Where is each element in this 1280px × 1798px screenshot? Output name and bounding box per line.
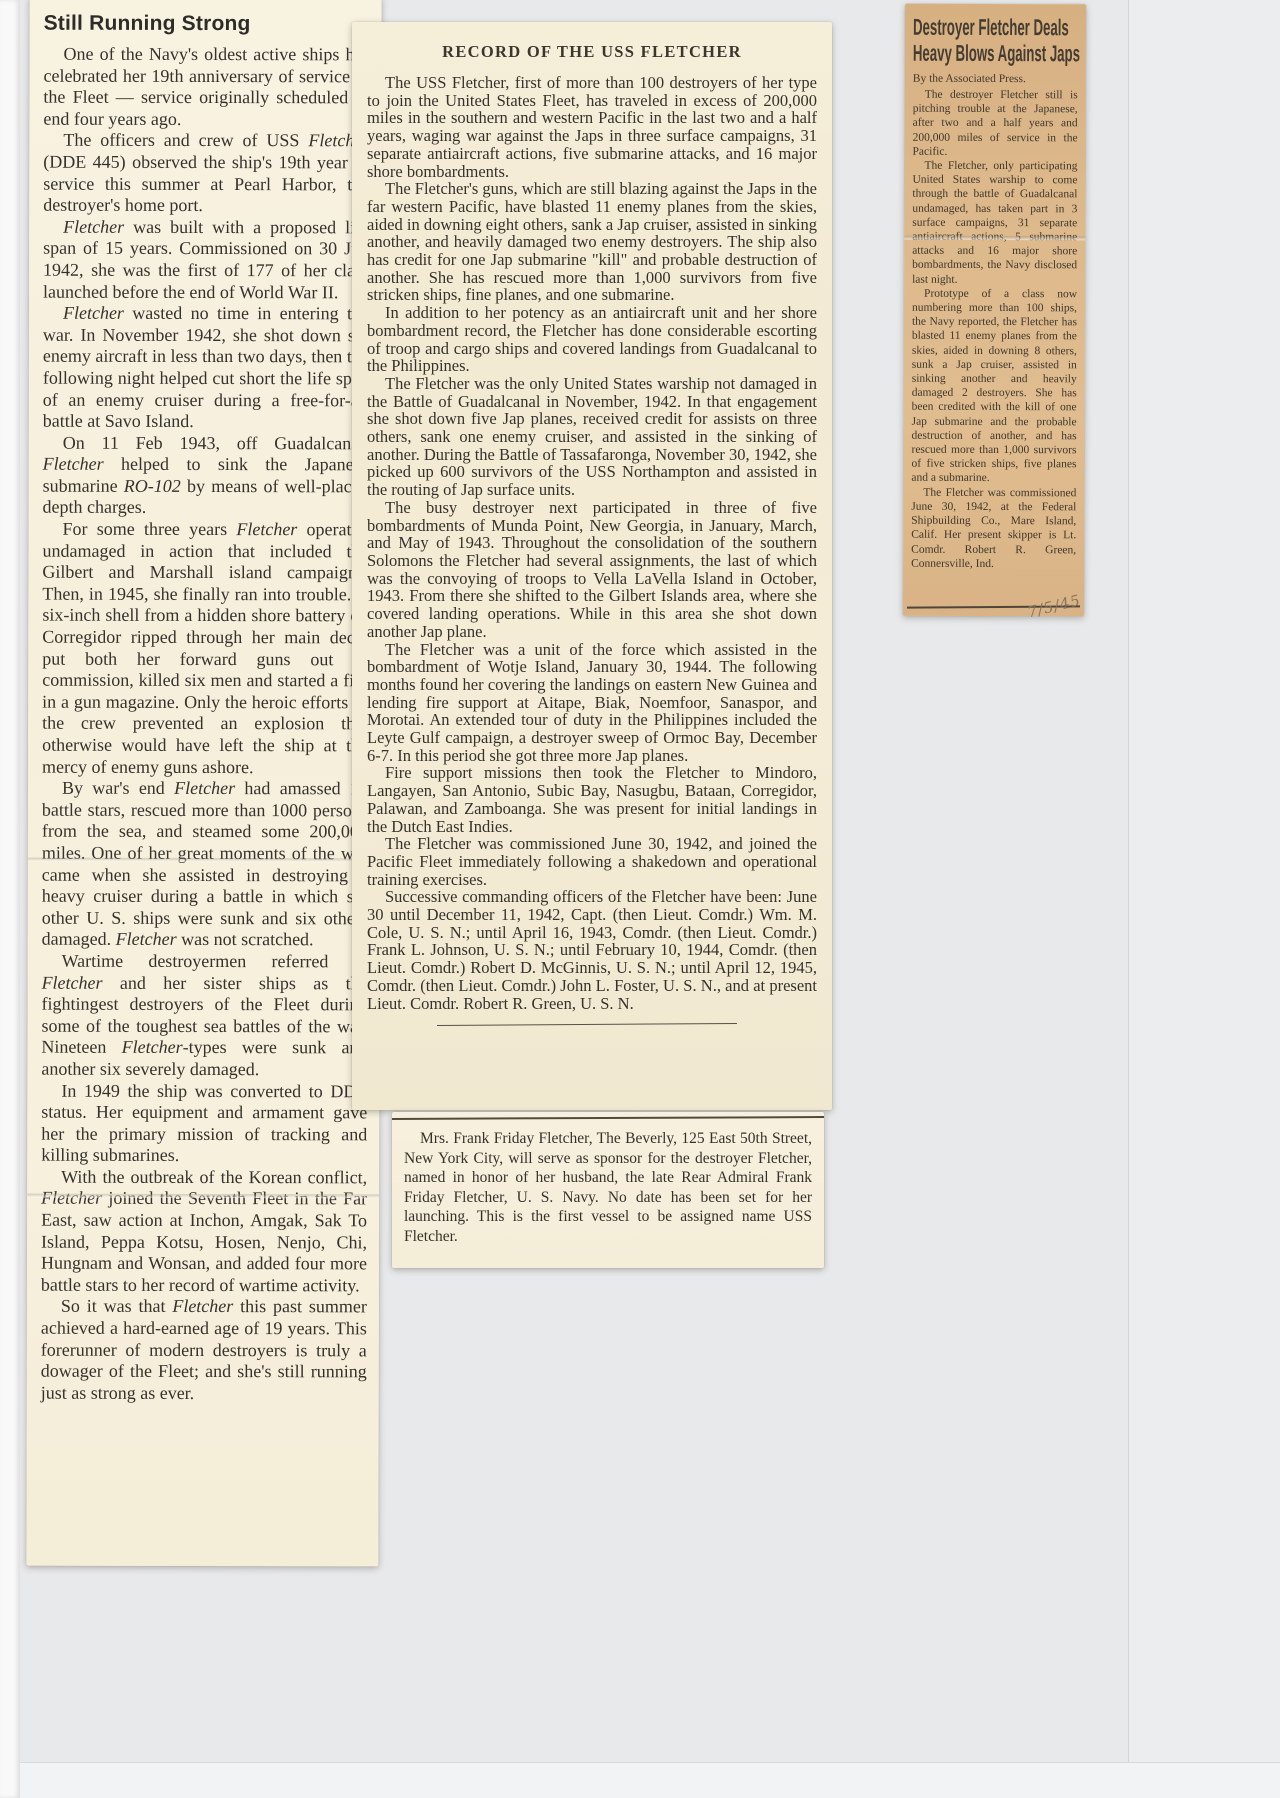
end-rule	[437, 1023, 737, 1026]
clipping-still-running-strong: Still Running Strong One of the Navy's o…	[26, 0, 381, 1566]
paragraph: Fletcher wasted no time in entering the …	[43, 303, 369, 433]
paragraph: So it was that Fletcher this past summer…	[41, 1296, 367, 1405]
paragraph: The Fletcher, only participating United …	[912, 159, 1077, 287]
paragraph: In addition to her potency as an antiair…	[367, 304, 817, 375]
paragraph: For some three years Fletcher operated u…	[42, 519, 369, 779]
clipping-body: The destroyer Fletcher still is pitching…	[911, 88, 1078, 571]
scan-bottom-edge	[20, 1762, 1280, 1798]
paragraph: Wartime destroyermen referred to Fletche…	[41, 951, 367, 1081]
paragraph: With the outbreak of the Korean conflict…	[41, 1167, 367, 1297]
paragraph: The Fletcher was commissioned June 30, 1…	[367, 835, 817, 888]
paragraph: Prototype of a class now numbering more …	[911, 287, 1077, 486]
paragraph: The busy destroyer next participated in …	[367, 499, 817, 641]
paragraph: The Fletcher was a unit of the force whi…	[367, 641, 817, 765]
paragraph: The officers and crew of USS Fletcher (D…	[43, 130, 369, 217]
handwritten-date: 7/5/45	[1025, 591, 1082, 621]
paragraph: The Fletcher was commissioned June 30, 1…	[911, 485, 1076, 571]
column-rule	[392, 1116, 824, 1120]
clipping-record-of-uss-fletcher: RECORD OF THE USS FLETCHER The USS Fletc…	[352, 22, 832, 1110]
scan-left-edge	[0, 0, 20, 1798]
paragraph: Fletcher was built with a proposed life …	[43, 216, 369, 303]
paragraph: Mrs. Frank Friday Fletcher, The Beverly,…	[404, 1129, 812, 1246]
album-page-edge	[1128, 0, 1280, 1798]
paragraph: One of the Navy's oldest active ships ha…	[43, 44, 369, 131]
paragraph: In 1949 the ship was converted to DDE st…	[41, 1080, 367, 1167]
clipping-headline: Destroyer Fletcher DealsHeavy Blows Agai…	[913, 14, 1079, 67]
byline: By the Associated Press.	[913, 73, 1078, 86]
clipping-body: One of the Navy's oldest active ships ha…	[41, 44, 370, 1405]
headline-line-1: Destroyer Fletcher Deals	[913, 14, 1069, 41]
paragraph: The Fletcher was the only United States …	[367, 375, 817, 499]
paragraph: The Fletcher's guns, which are still bla…	[367, 180, 817, 304]
clipping-ap-destroyer-fletcher: Destroyer Fletcher DealsHeavy Blows Agai…	[903, 4, 1086, 617]
clipping-body: The USS Fletcher, first of more than 100…	[367, 74, 817, 1012]
clipping-title: RECORD OF THE USS FLETCHER	[367, 42, 817, 62]
clipping-sponsor-note: Mrs. Frank Friday Fletcher, The Beverly,…	[392, 1112, 824, 1268]
clipping-title: Still Running Strong	[44, 12, 370, 37]
paragraph: The USS Fletcher, first of more than 100…	[367, 74, 817, 180]
scrapbook-page: Still Running Strong One of the Navy's o…	[0, 0, 1280, 1798]
paragraph: By war's end Fletcher had amassed 15 bat…	[42, 778, 368, 951]
paragraph: On 11 Feb 1943, off Guadalcanal, Fletche…	[43, 432, 369, 519]
paragraph: Successive commanding officers of the Fl…	[367, 888, 817, 1012]
headline-line-2: Heavy Blows Against Japs	[913, 40, 1080, 67]
paragraph: Fire support missions then took the Flet…	[367, 764, 817, 835]
clipping-body: Mrs. Frank Friday Fletcher, The Beverly,…	[404, 1129, 812, 1246]
paragraph: The destroyer Fletcher still is pitching…	[913, 88, 1078, 160]
